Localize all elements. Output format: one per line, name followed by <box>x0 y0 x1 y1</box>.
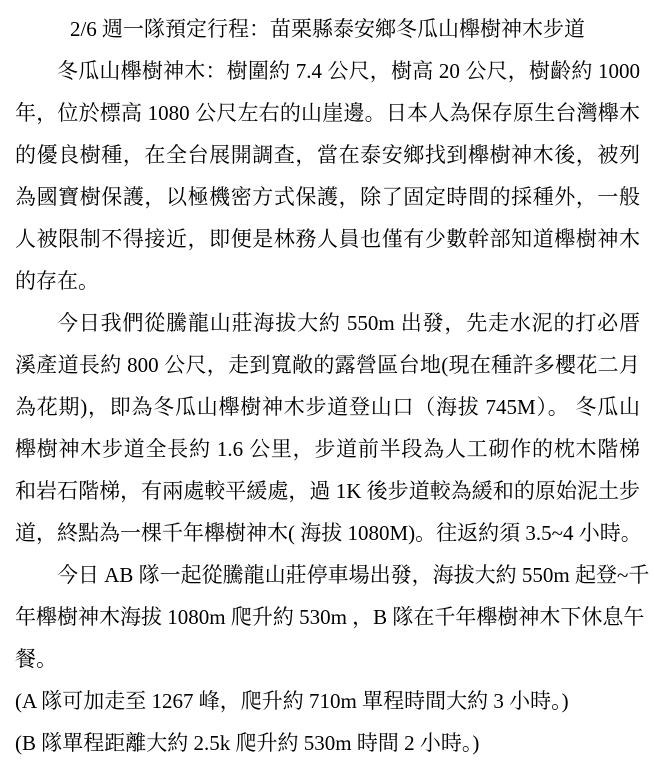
text-line: 今日我們從騰龍山莊海拔大約 550m 出發，先走水泥的打必厝 <box>15 302 640 344</box>
document-page: 2/6 週一隊預定行程：苗栗縣泰安鄉冬瓜山櫸樹神木步道 冬瓜山櫸樹神木：樹圍約 … <box>0 0 654 784</box>
text-line: 櫸樹神木步道全長約 1.6 公里，步道前半段為人工砌作的枕木階梯 <box>15 428 640 470</box>
text-line: 的優良樹種，在全台展開調查，當在泰安鄉找到櫸樹神木後，被列 <box>15 134 640 176</box>
text-line: 今日 AB 隊一起從騰龍山莊停車場出發，海拔大約 550m 起登~千 <box>15 554 640 596</box>
text-line: 為花期)，即為冬瓜山櫸樹神木步道登山口（海拔 745M）。 冬瓜山 <box>15 386 640 428</box>
text-line: 為國寶樹保護，以極機密方式保護，除了固定時間的採種外，一般 <box>15 176 640 218</box>
text-line: 的存在。 <box>15 260 640 302</box>
text-line: (A 隊可加走至 1267 峰，爬升約 710m 單程時間大約 3 小時。) <box>15 680 640 722</box>
text-line: 餐。 <box>15 638 640 680</box>
text-line: 年櫸樹神木海拔 1080m 爬升約 530m ，B 隊在千年櫸樹神木下休息午 <box>15 596 640 638</box>
page-title: 2/6 週一隊預定行程：苗栗縣泰安鄉冬瓜山櫸樹神木步道 <box>15 8 640 50</box>
text-line: 道，終點為一棵千年櫸樹神木( 海拔 1080M)。往返約須 3.5~4 小時。 <box>15 512 640 554</box>
text-line: 人被限制不得接近，即便是林務人員也僅有少數幹部知道櫸樹神木 <box>15 218 640 260</box>
text-line: 溪產道長約 800 公尺，走到寬敞的露營區台地(現在種許多櫻花二月 <box>15 344 640 386</box>
text-line: 年，位於標高 1080 公尺左右的山崖邊。日本人為保存原生台灣櫸木 <box>15 92 640 134</box>
text-line: 冬瓜山櫸樹神木：樹圍約 7.4 公尺，樹高 20 公尺，樹齡約 1000 <box>15 50 640 92</box>
text-line: (B 隊單程距離大約 2.5k 爬升約 530m 時間 2 小時。) <box>15 722 640 764</box>
text-line: 和岩石階梯，有兩處較平緩處，過 1K 後步道較為緩和的原始泥土步 <box>15 470 640 512</box>
